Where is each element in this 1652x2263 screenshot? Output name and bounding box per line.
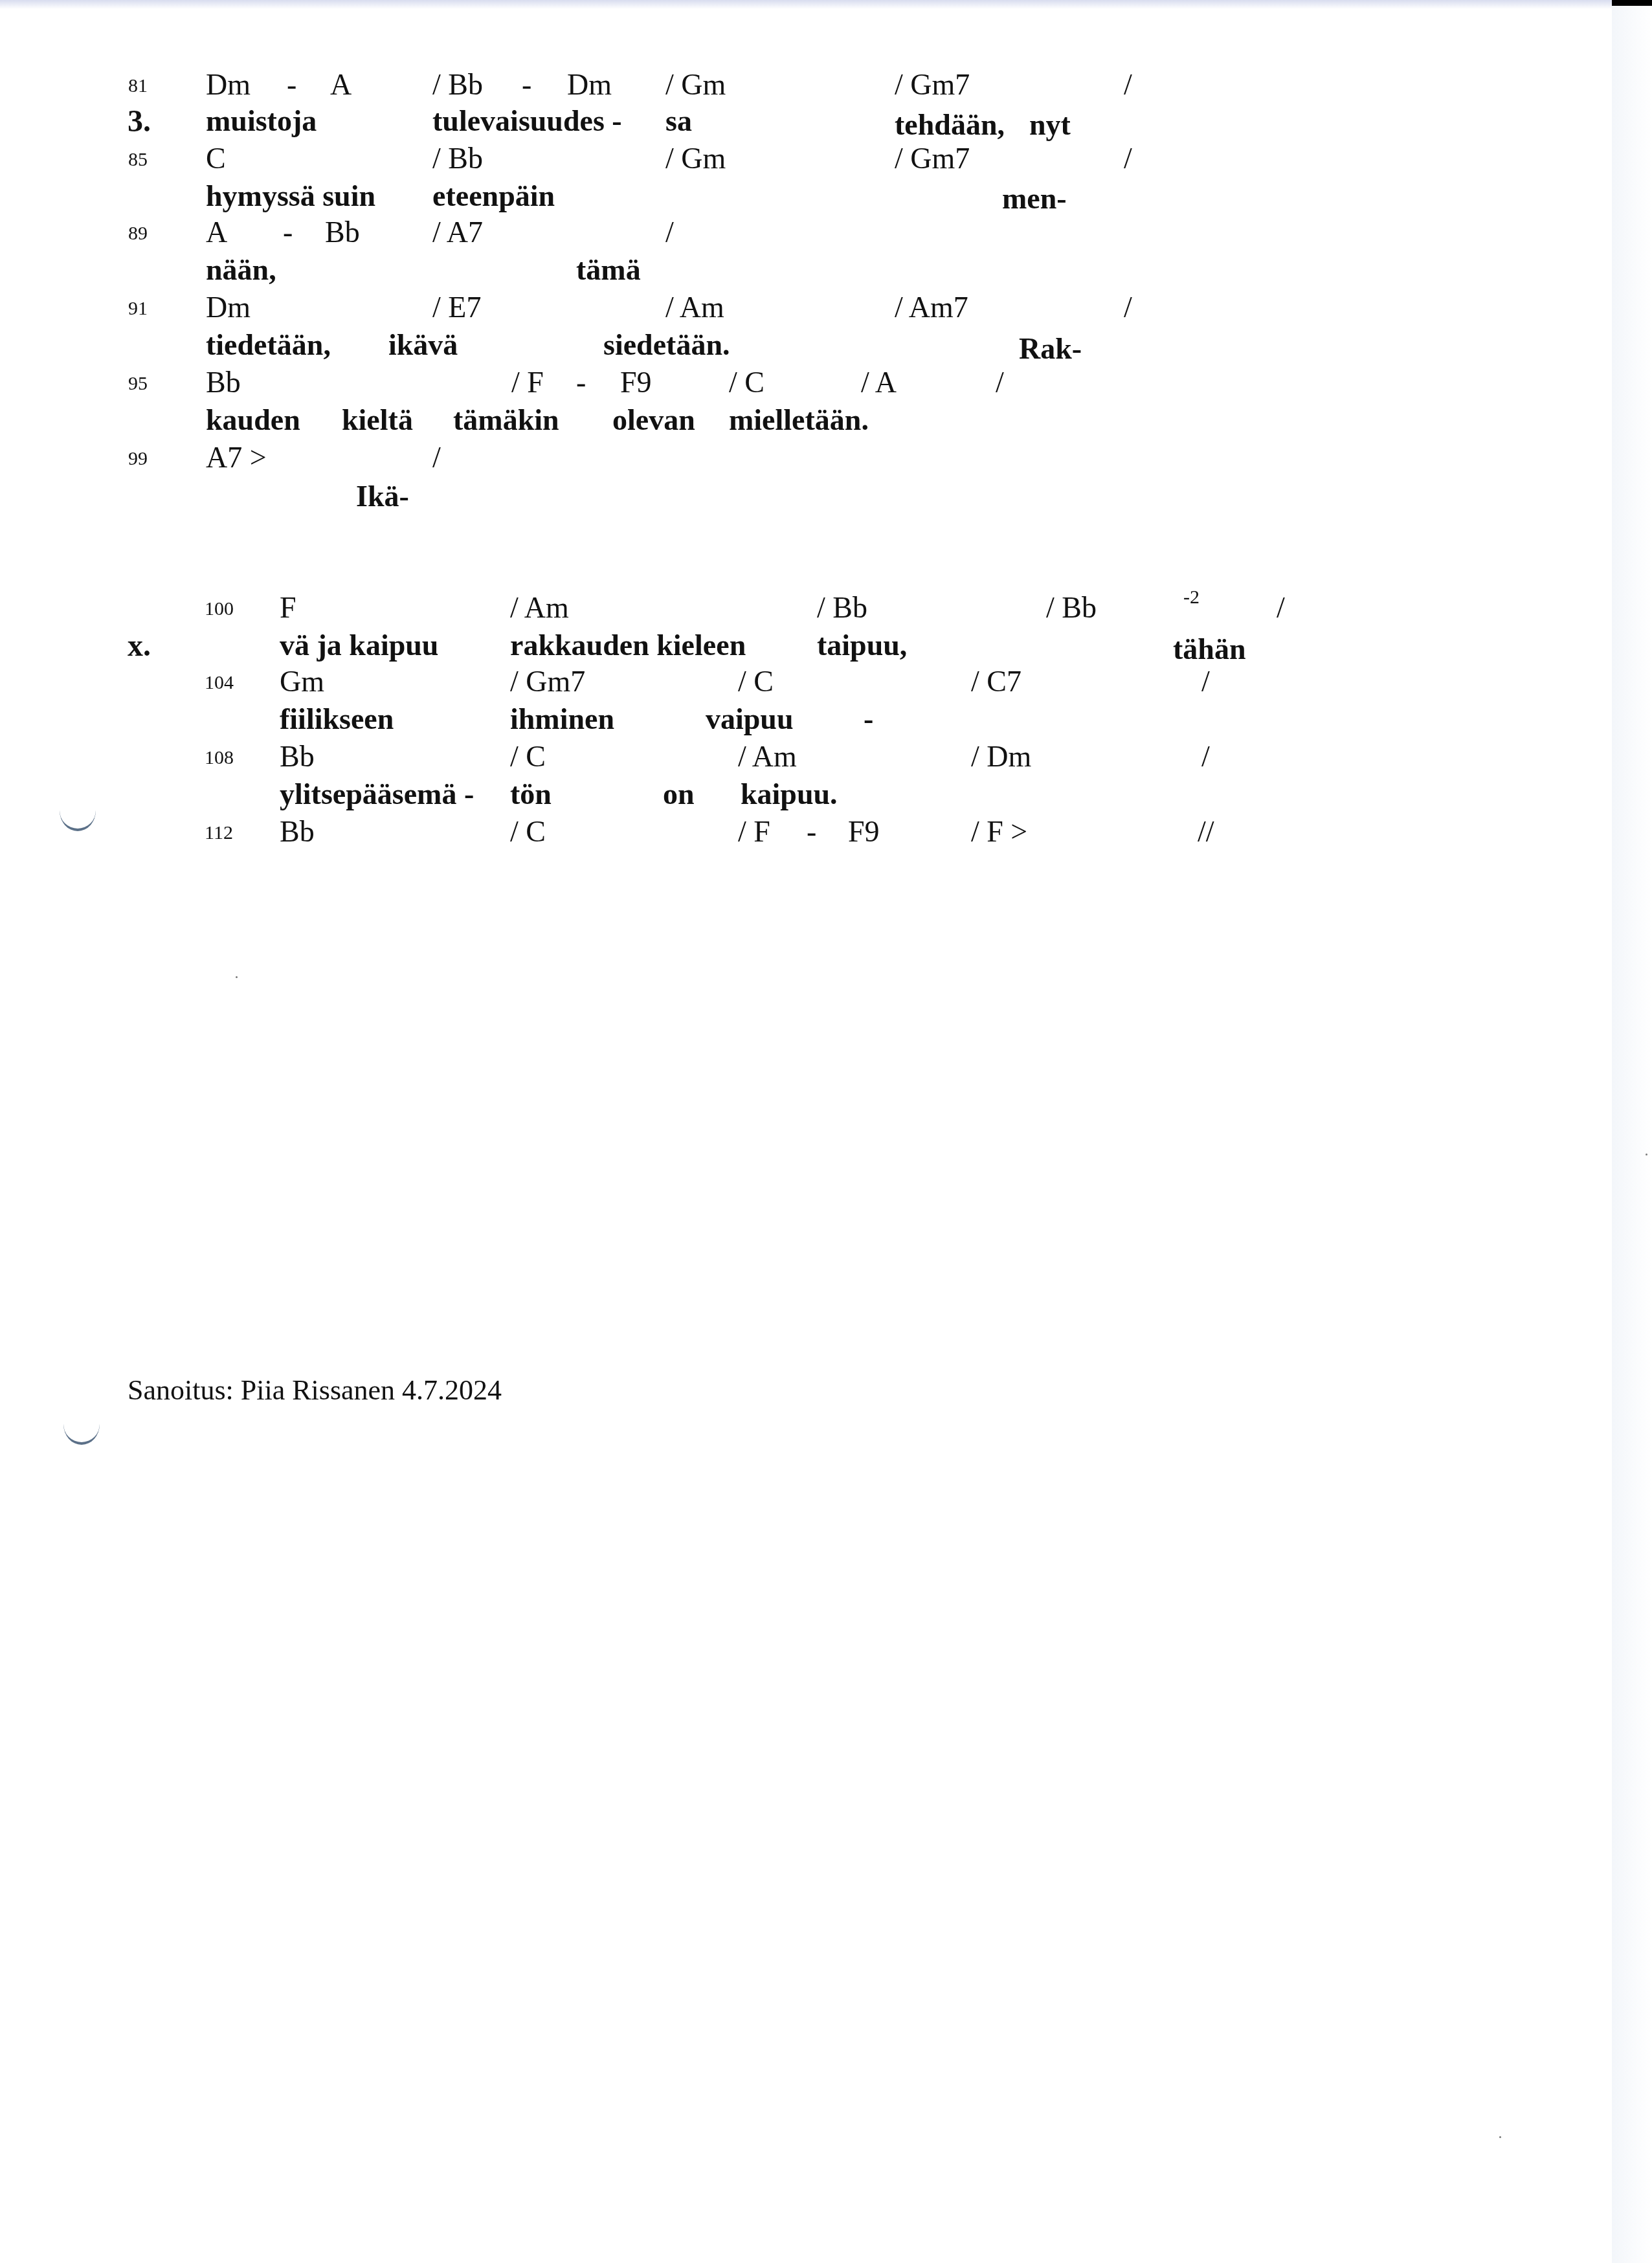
verse-label: x.	[128, 630, 151, 662]
chord: / C	[510, 742, 546, 772]
bar-line: /	[996, 368, 1004, 397]
scan-artifact-top	[0, 0, 1612, 9]
lyric: on	[663, 779, 695, 809]
chord: / F	[738, 817, 770, 847]
lyric: tehdään,	[895, 110, 1005, 140]
lyric: siedetään.	[603, 330, 730, 360]
lyric: kauden	[206, 405, 300, 435]
lyric: ihminen	[510, 704, 614, 734]
chord: / Bb	[432, 70, 483, 100]
chord: A	[206, 217, 227, 247]
chord: F9	[848, 817, 880, 847]
lyric: taipuu,	[817, 630, 907, 660]
lyric: tön	[510, 779, 552, 809]
bar-line: /	[432, 443, 441, 473]
chord: Dm	[567, 70, 612, 100]
chord: -	[807, 817, 816, 847]
scan-speck	[1499, 2136, 1501, 2138]
chord: / F >	[971, 817, 1027, 847]
chord-modifier: -2	[1183, 588, 1200, 607]
chord: / Gm7	[895, 144, 970, 173]
chord: Dm	[206, 70, 251, 100]
chord: -	[283, 217, 293, 247]
lyric: olevan	[612, 405, 695, 435]
chord: F9	[620, 368, 652, 397]
chord: / Bb	[1046, 593, 1097, 623]
bar-line: /	[1277, 593, 1285, 623]
lyric: Ikä-	[356, 482, 409, 511]
lyric: nyt	[1029, 110, 1071, 140]
chord: / C	[510, 817, 546, 847]
chord: -	[576, 368, 586, 397]
bar-line: /	[1201, 667, 1210, 697]
chord: / C7	[971, 667, 1021, 697]
lyricist-credit: Sanoitus: Piia Rissanen 4.7.2024	[128, 1376, 502, 1405]
bar-number: 112	[205, 823, 233, 843]
scan-artifact-edge	[1612, 0, 1652, 2263]
lyric: -	[864, 704, 873, 734]
chord: / Am	[738, 742, 797, 772]
bar-number: 99	[128, 449, 148, 469]
bar-number: 85	[128, 150, 148, 170]
lyric: sa	[665, 106, 692, 136]
bar-number: 91	[128, 299, 148, 318]
bar-number: 89	[128, 224, 148, 243]
chord: / Gm7	[895, 70, 970, 100]
bar-number: 100	[205, 599, 234, 619]
lyric: rakkauden kieleen	[510, 630, 746, 660]
chord: / F	[511, 368, 544, 397]
chord: / Bb	[432, 144, 483, 173]
bar-line: /	[665, 217, 674, 247]
chord: / Gm7	[510, 667, 585, 697]
bar-number: 95	[128, 374, 148, 394]
bar-number: 108	[205, 748, 234, 768]
bar-number: 104	[205, 673, 234, 693]
punch-hole-icon	[63, 1424, 100, 1445]
chord: Bb	[280, 742, 315, 772]
chord: Bb	[280, 817, 315, 847]
bar-number: 81	[128, 76, 148, 96]
chord: -	[287, 70, 296, 100]
chord: / Gm	[665, 144, 726, 173]
chord: / Am	[510, 593, 569, 623]
chord: F	[280, 593, 296, 623]
chord: / E7	[432, 293, 481, 322]
lyric: ikävä	[388, 330, 458, 360]
lyric: fiilikseen	[280, 704, 394, 734]
chord: -	[522, 70, 531, 100]
lyric: kaipuu.	[741, 779, 838, 809]
verse-label: 3.	[128, 106, 151, 137]
chord: / C	[729, 368, 765, 397]
chord: Bb	[325, 217, 360, 247]
chord: C	[206, 144, 226, 173]
bar-line: /	[1124, 144, 1132, 173]
lyric: tämä	[576, 255, 641, 285]
lyric: tähän	[1173, 634, 1245, 664]
scan-speck	[1646, 1154, 1647, 1155]
lyric: nään,	[206, 255, 276, 285]
punch-hole-icon	[60, 810, 96, 831]
scan-artifact-corner	[1612, 0, 1652, 6]
chord: / A	[861, 368, 897, 397]
lyric: ylitsepääsemä -	[280, 779, 474, 809]
chord: / Bb	[817, 593, 867, 623]
chord: Dm	[206, 293, 251, 322]
lyric: kieltä	[342, 405, 413, 435]
chord: / Am	[665, 293, 724, 322]
lyric: tulevaisuudes -	[432, 106, 622, 136]
lyric: mielletään.	[729, 405, 869, 435]
chord: / Am7	[895, 293, 968, 322]
chord: Gm	[280, 667, 324, 697]
chord: / C	[738, 667, 774, 697]
chord: A	[330, 70, 352, 100]
lyric: tiedetään,	[206, 330, 331, 360]
lyric: tämäkin	[453, 405, 559, 435]
lyric: vaipuu	[706, 704, 794, 734]
lyric: vä ja kaipuu	[280, 630, 438, 660]
chord: / A7	[432, 217, 483, 247]
bar-line: /	[1124, 70, 1132, 100]
lyric: eteenpäin	[432, 181, 555, 211]
lyric: Rak-	[1019, 334, 1082, 364]
chord: A7 >	[206, 443, 267, 473]
chord: Bb	[206, 368, 241, 397]
lyric: hymyssä suin	[206, 181, 375, 211]
chord: / Dm	[971, 742, 1031, 772]
lyric: muistoja	[206, 106, 317, 136]
scan-speck	[236, 976, 238, 978]
bar-line: /	[1124, 293, 1132, 322]
lyric: men-	[1002, 184, 1067, 214]
bar-line: /	[1201, 742, 1210, 772]
bar-line: //	[1198, 817, 1214, 847]
chord: / Gm	[665, 70, 726, 100]
